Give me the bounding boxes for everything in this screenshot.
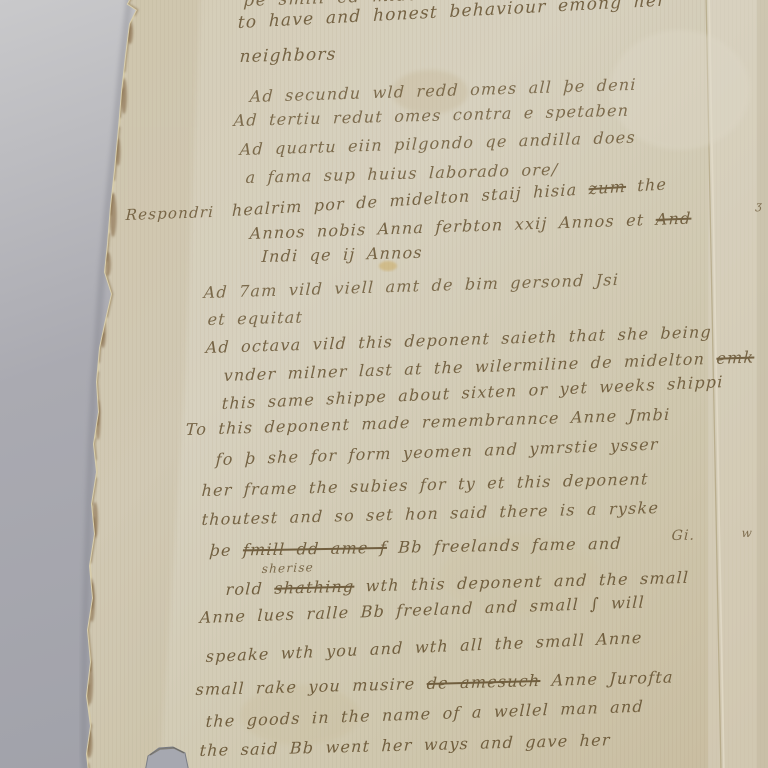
handwritten-text: her frame the subies for ty et this depo… [201,469,649,500]
handwritten-text: thoutest and so set hon said there is a … [201,498,659,529]
handwriting-layer: þe smill ed middellton st─to have and ho… [0,0,768,768]
manuscript-line: neighbors [239,45,337,67]
manuscript-line: þe fmill dd ame f Bb freelands fame and [209,535,622,561]
manuscript-line: Ad tertiu redut omes contra e spetaben [233,102,629,131]
manuscript-line: thoutest and so set hon said there is a … [201,499,659,529]
manuscript-line: her frame the subies for ty et this depo… [201,470,649,500]
handwritten-text: ʒ [755,199,763,212]
handwritten-text: et equitat [207,307,303,329]
struck-text: shathing [274,577,355,598]
manuscript-photo: þe smill ed middellton st─to have and ho… [0,0,768,768]
handwritten-text: Gi. [671,528,696,544]
handwritten-text: Ad quartu eiin pilgondo qe andilla does [239,128,636,159]
handwritten-text: Anne Jurofta [540,667,674,690]
handwritten-text: the said Bb went her ways and gave her [199,730,611,760]
handwritten-text: Respondri [125,203,214,224]
manuscript-line: the goods in the name of a wellel man an… [205,698,644,732]
manuscript-line: et equitat [207,308,303,329]
struck-text: zum [589,177,627,198]
handwritten-text: sherise [262,560,315,576]
handwritten-text: neighbors [239,44,337,67]
handwritten-text: Ad 7am vild viell amt de bim gersond Jsi [203,270,619,302]
handwritten-text: Bb freelands fame and [387,534,623,557]
manuscript-line: Anne lues ralle Bb freeland and small ∫ … [199,593,645,627]
manuscript-line: Respondri [125,204,214,224]
handwritten-text: þe [209,540,243,560]
handwritten-text: speake wth you and wth all the small Ann… [206,628,643,666]
handwritten-text: wth this deponent and the small [354,568,690,596]
manuscript-line: ʒ [755,200,763,213]
handwritten-text: Indi qe ij Annos [261,243,423,266]
manuscript-line: fo þ she for form yeomen and ymrstie yss… [215,436,659,470]
manuscript-line: the said Bb went her ways and gave her [199,731,611,760]
manuscript-line: Ad quartu eiin pilgondo qe andilla does [239,129,636,160]
manuscript-line: speake wth you and wth all the small Ann… [206,629,643,666]
manuscript-line: small rake you musire de amesuch Anne Ju… [195,668,674,699]
handwritten-text: the goods in the name of a wellel man an… [205,697,644,731]
manuscript-line: w [741,527,753,541]
handwritten-text: fo þ she for form yeomen and ymrstie yss… [215,435,659,470]
struck-text: fmill dd ame f [242,538,387,560]
handwritten-text: rold [225,579,275,599]
struck-text: emk [716,347,755,367]
manuscript-line: Gi. [671,528,696,545]
handwritten-text: w [741,526,753,540]
manuscript-line: Indi qe ij Annos [261,244,423,267]
manuscript-line: Ad 7am vild viell amt de bim gersond Jsi [203,271,619,302]
handwritten-text: small rake you musire [195,674,427,699]
struck-text: de amesuch [426,671,541,693]
manuscript-line: sherise [262,561,315,577]
struck-text: And [655,209,691,229]
handwritten-text: the [626,174,667,196]
